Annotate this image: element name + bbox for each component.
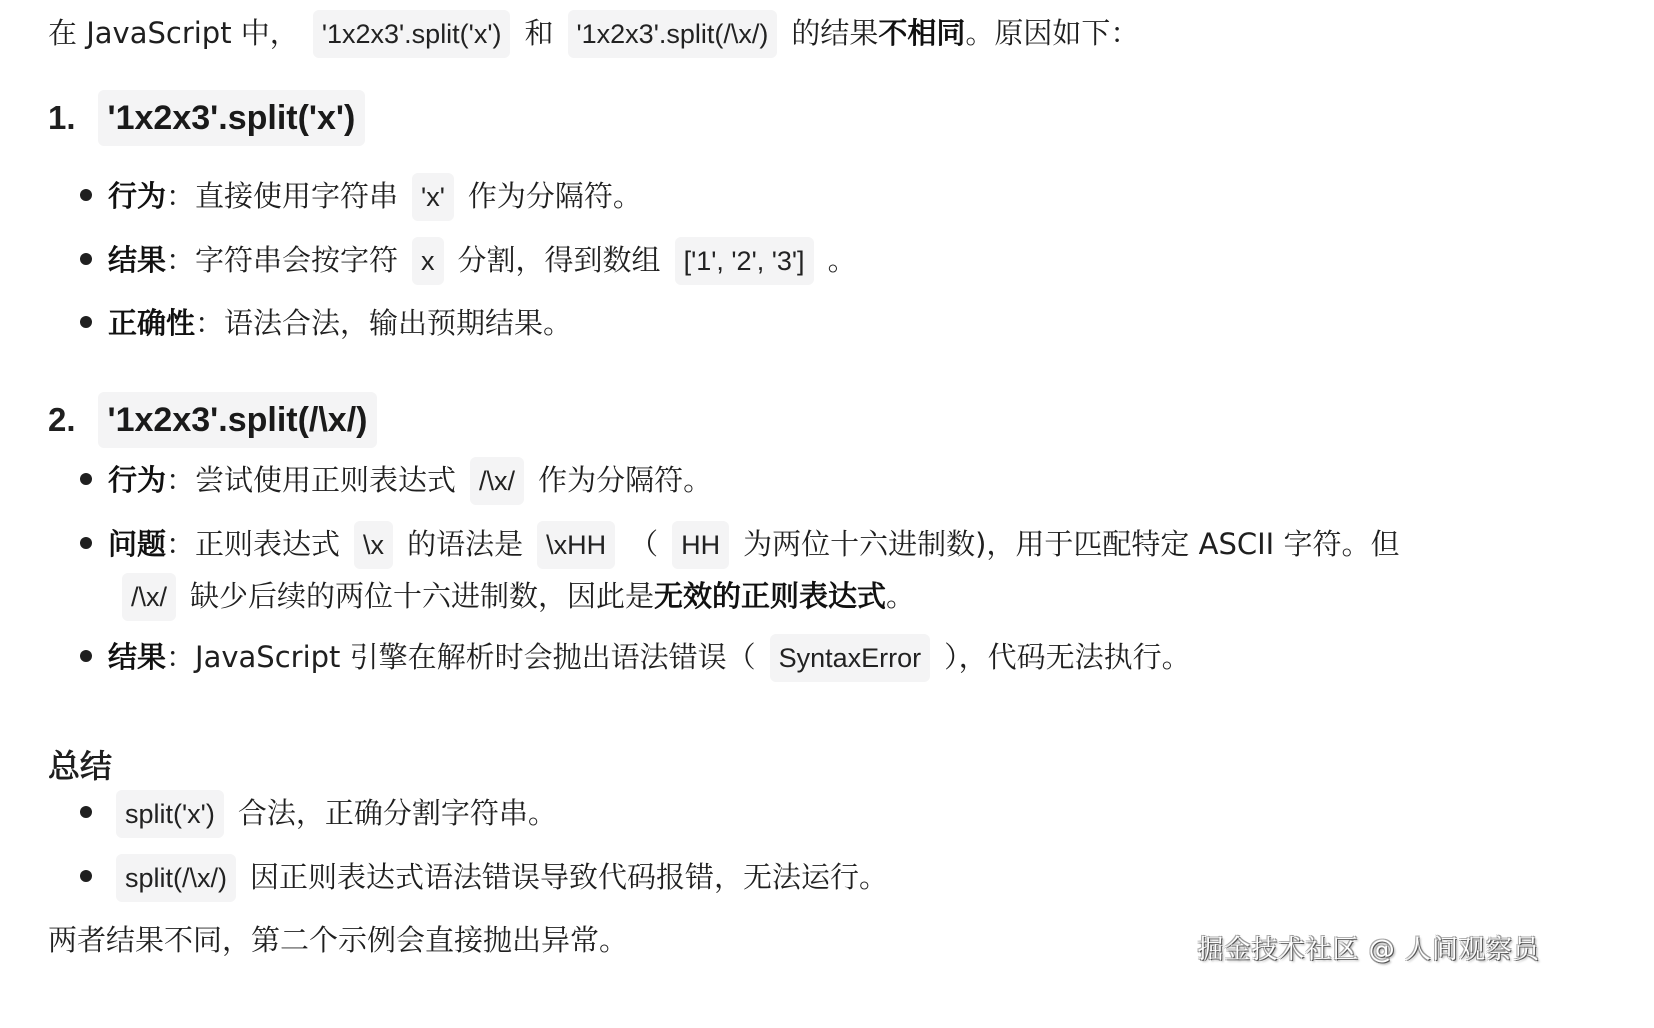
item-text: 尝试使用正则表达式 [195, 463, 456, 497]
list-item: 行为：直接使用字符串'x'作为分隔符。 [80, 173, 642, 221]
intro-bold: 不相同 [878, 16, 965, 50]
inline-code: x [412, 237, 444, 285]
colon: ： [166, 463, 195, 497]
item-label: 行为 [108, 179, 166, 213]
inline-code: 'x' [412, 173, 454, 221]
item-text: 分割，得到数组 [458, 243, 661, 277]
item-text: 语法合法，输出预期结果。 [224, 306, 572, 340]
inline-code: HH [672, 521, 729, 569]
intro-middle: 的结果 [791, 16, 878, 50]
intro-conjunction: 和 [524, 16, 553, 50]
item-text: 合法，正确分割字符串。 [238, 796, 557, 830]
inline-code: '1x2x3'.split(/\x/) [568, 10, 778, 58]
item-text: 。 [828, 243, 857, 277]
item-text: 直接使用字符串 [195, 179, 398, 213]
item-text: 作为分隔符。 [538, 463, 712, 497]
bullet-icon [80, 189, 92, 201]
item-label: 结果 [108, 243, 166, 277]
item-label: 正确性 [108, 306, 195, 340]
inline-code: '1x2x3'.split('x') [313, 10, 511, 58]
inline-code: /\x/ [470, 457, 524, 505]
inline-code: SyntaxError [770, 634, 931, 682]
item-text: 作为分隔符。 [468, 179, 642, 213]
bullet-icon [80, 806, 92, 818]
inline-code: \x [354, 521, 393, 569]
summary-item: split('x')合法，正确分割字符串。 [80, 790, 557, 838]
item-text: 字符串会按字符 [195, 243, 398, 277]
colon: ： [195, 306, 224, 340]
section-1-heading: 1.'1x2x3'.split('x') [48, 90, 365, 146]
summary-heading: 总结 [48, 744, 112, 788]
intro-prefix: 在 JavaScript 中， [48, 16, 299, 50]
heading-code: '1x2x3'.split('x') [98, 90, 366, 146]
bullet-icon [80, 253, 92, 265]
item-text: 正则表达式 [195, 527, 340, 561]
inline-code: \xHH [537, 521, 615, 569]
item-text: 缺少后续的两位十六进制数，因此是 [190, 579, 654, 613]
item-label: 结果 [108, 640, 166, 674]
section-number: 2. [48, 401, 76, 438]
item-continuation: /\x/缺少后续的两位十六进制数，因此是无效的正则表达式。 [80, 573, 1399, 621]
bullet-icon [80, 473, 92, 485]
bullet-icon [80, 537, 92, 549]
item-text: （ [629, 527, 658, 561]
section-2-heading: 2.'1x2x3'.split(/\x/) [48, 392, 377, 448]
item-bold: 无效的正则表达式 [654, 579, 886, 613]
item-text: 。 [886, 579, 915, 613]
list-item: 行为：尝试使用正则表达式/\x/作为分隔符。 [80, 457, 712, 505]
item-text: JavaScript 引擎在解析时会抛出语法错误（ [195, 640, 756, 674]
inline-code: split(/\x/) [116, 854, 236, 902]
item-text: 的语法是 [407, 527, 523, 561]
colon: ： [166, 243, 195, 277]
intro-paragraph: 在 JavaScript 中，'1x2x3'.split('x')和'1x2x3… [48, 10, 1139, 58]
watermark: 掘金技术社区 @ 人间观察员 [1197, 929, 1540, 966]
item-label: 问题 [108, 527, 166, 561]
item-label: 行为 [108, 463, 166, 497]
inline-code: ['1', '2', '3'] [675, 237, 814, 285]
inline-code: /\x/ [122, 573, 176, 621]
colon: ： [166, 527, 195, 561]
colon: ： [166, 179, 195, 213]
bullet-icon [80, 316, 92, 328]
list-item: 问题：正则表达式\x的语法是\xHH（HH为两位十六进制数)，用于匹配特定 AS… [80, 521, 1399, 621]
list-item: 正确性：语法合法，输出预期结果。 [80, 301, 572, 345]
intro-suffix: 。原因如下： [965, 16, 1139, 50]
conclusion-paragraph: 两者结果不同，第二个示例会直接抛出异常。 [48, 918, 628, 962]
item-text: ），代码无法执行。 [944, 640, 1191, 674]
list-item: 结果：字符串会按字符x分割，得到数组['1', '2', '3']。 [80, 237, 857, 285]
list-item: 结果：JavaScript 引擎在解析时会抛出语法错误（SyntaxError）… [80, 634, 1191, 682]
section-number: 1. [48, 99, 76, 136]
summary-item: split(/\x/)因正则表达式语法错误导致代码报错，无法运行。 [80, 854, 888, 902]
inline-code: split('x') [116, 790, 224, 838]
heading-code: '1x2x3'.split(/\x/) [98, 392, 378, 448]
item-text: 因正则表达式语法错误导致代码报错，无法运行。 [250, 860, 888, 894]
bullet-icon [80, 870, 92, 882]
colon: ： [166, 640, 195, 674]
item-text: 为两位十六进制数)，用于匹配特定 ASCII 字符。但 [743, 527, 1399, 561]
bullet-icon [80, 650, 92, 662]
